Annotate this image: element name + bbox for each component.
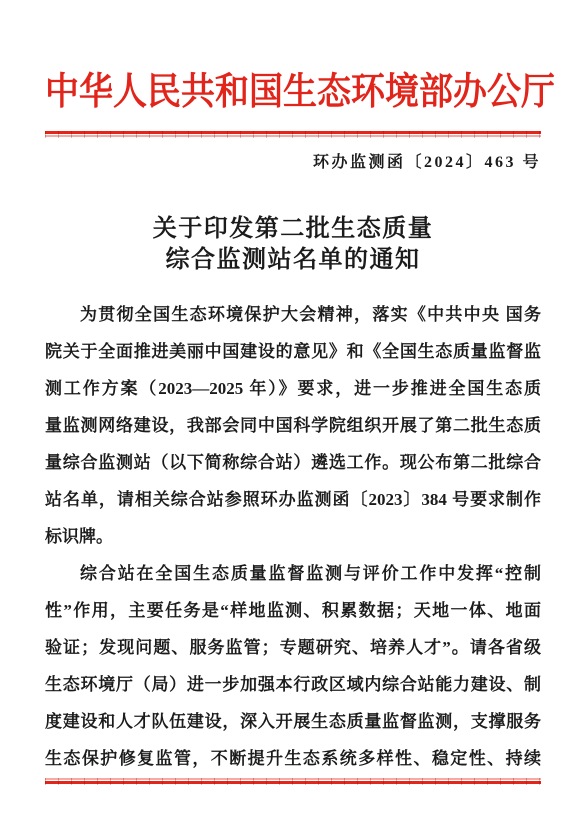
body-line: 为贯彻全国生态环境保护大会精神，落实《中共中央 国务 [45, 296, 541, 333]
document-page: 中华人民共和国生态环境部办公厅 环办监测函〔2024〕463 号 关于印发第二批… [0, 0, 586, 835]
body-line: 站名单，请相关综合站参照环办监测函〔2023〕384 号要求制作 [45, 481, 541, 518]
document-title: 关于印发第二批生态质量 综合监测站名单的通知 [45, 214, 541, 276]
body-line: 量监测网络建设，我部会同中国科学院组织开展了第二批生态质 [45, 407, 541, 444]
document-number: 环办监测函〔2024〕463 号 [45, 149, 541, 172]
red-divider-bottom [45, 778, 541, 785]
body-line: 生态保护修复监管，不断提升生态系统多样性、稳定性、持续 [45, 740, 541, 777]
paragraph-1: 为贯彻全国生态环境保护大会精神，落实《中共中央 国务 院关于全面推进美丽中国建设… [45, 296, 541, 555]
body-line: 度建设和人才队伍建设，深入开展生态质量监督监测，支撑服务 [45, 703, 541, 740]
paragraph-2: 综合站在全国生态质量监督监测与评价工作中发挥“控制 性”作用，主要任务是“样地监… [45, 555, 541, 777]
body-line: 性”作用，主要任务是“样地监测、积累数据；天地一体、地面 [45, 592, 541, 629]
red-divider-top [45, 131, 541, 138]
agency-letterhead: 中华人民共和国生态环境部办公厅 [45, 68, 541, 119]
document-title-line-2: 综合监测站名单的通知 [45, 245, 541, 276]
body-line: 验证；发现问题、服务监管；专题研究、培养人才”。请各省级 [45, 629, 541, 666]
body-line: 综合站在全国生态质量监督监测与评价工作中发挥“控制 [45, 555, 541, 592]
body-line: 生态环境厅（局）进一步加强本行政区域内综合站能力建设、制 [45, 666, 541, 703]
body-line: 院关于全面推进美丽中国建设的意见》和《全国生态质量监督监 [45, 333, 541, 370]
document-title-line-1: 关于印发第二批生态质量 [45, 214, 541, 245]
body-line: 标识牌。 [45, 518, 541, 555]
body-line: 量综合监测站（以下简称综合站）遴选工作。现公布第二批综合 [45, 444, 541, 481]
body-line: 测工作方案（2023—2025 年）》要求，进一步推进全国生态质 [45, 370, 541, 407]
document-body: 为贯彻全国生态环境保护大会精神，落实《中共中央 国务 院关于全面推进美丽中国建设… [45, 296, 541, 777]
